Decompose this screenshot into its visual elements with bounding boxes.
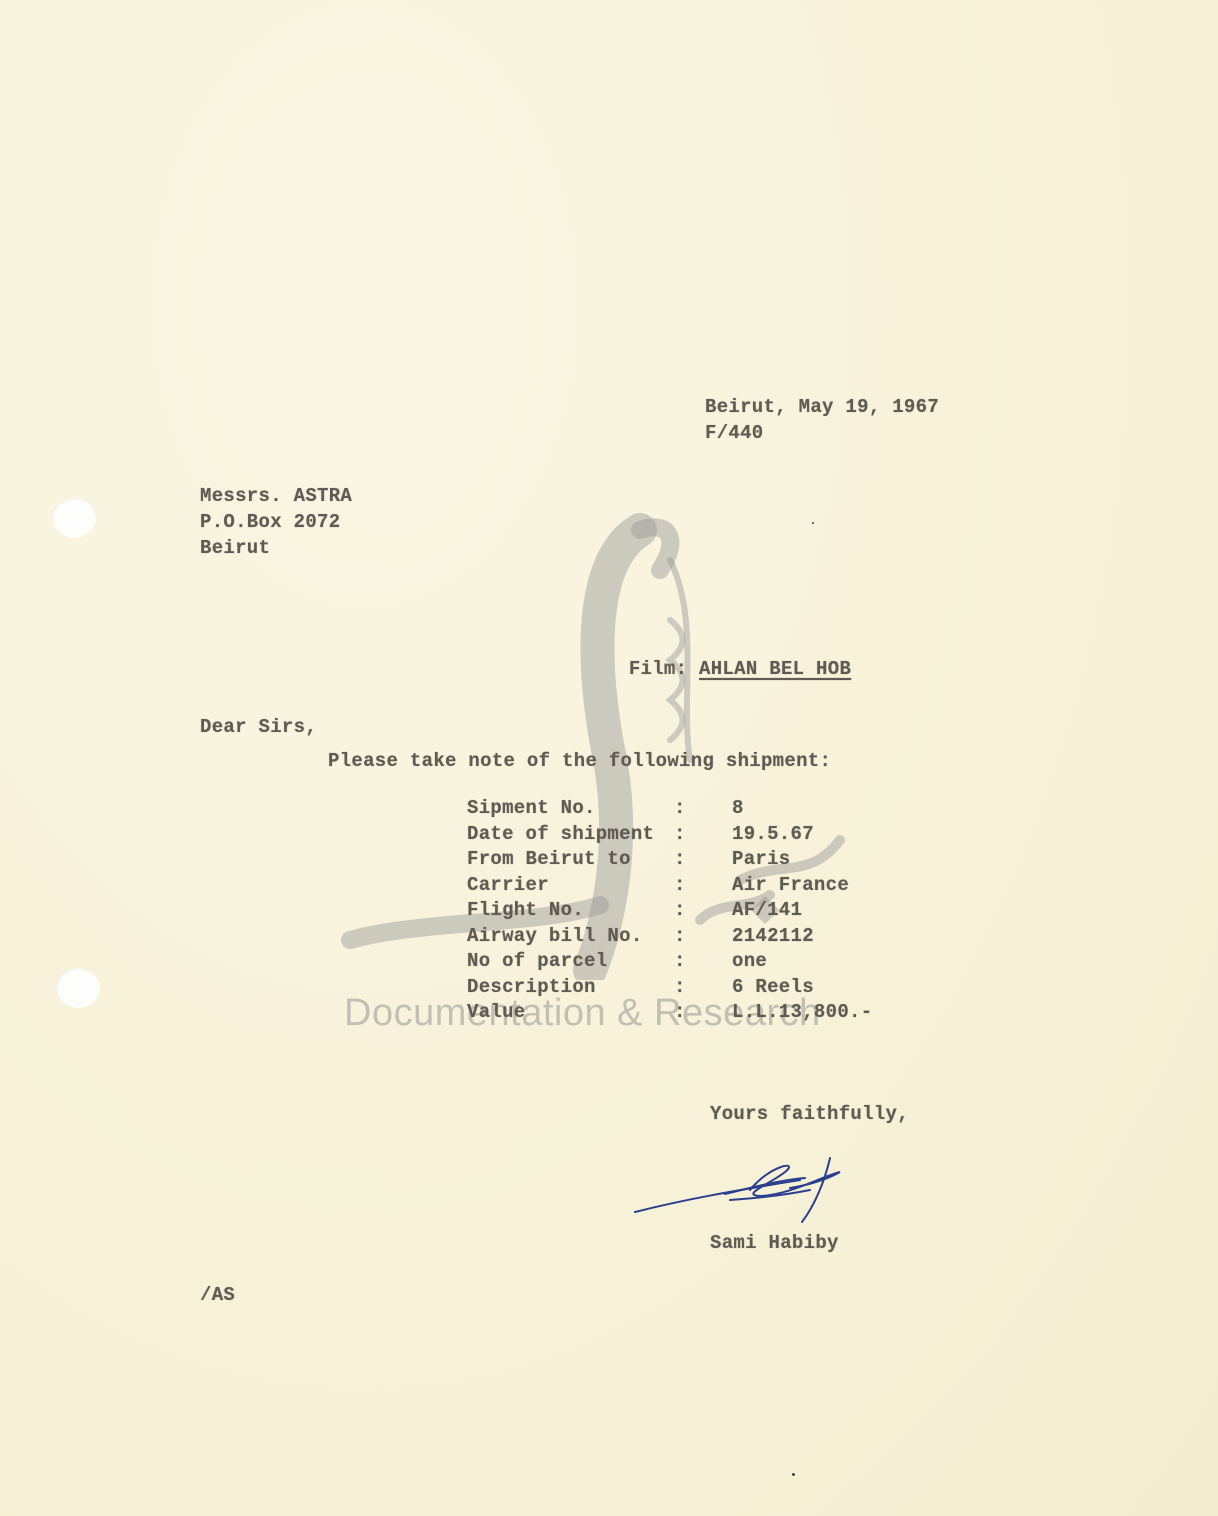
signature-icon <box>630 1150 860 1230</box>
shipment-separator: : <box>674 848 686 870</box>
shipment-separator: : <box>674 976 686 998</box>
punch-hole-bottom <box>56 968 100 1008</box>
shipment-separator: : <box>674 874 686 896</box>
shipment-value: Paris <box>732 848 791 870</box>
signatory-name: Sami Habiby <box>710 1232 839 1254</box>
typist-initials: /AS <box>200 1284 235 1306</box>
punch-hole-top <box>52 498 96 538</box>
shipment-value: one <box>732 950 767 972</box>
paper-speck <box>812 522 814 524</box>
shipment-separator: : <box>674 797 686 819</box>
shipment-label: Date of shipment <box>467 823 654 845</box>
paper-speck <box>792 1473 795 1476</box>
shipment-value: 19.5.67 <box>732 823 814 845</box>
recipient-name: Messrs. ASTRA <box>200 485 352 507</box>
shipment-separator: : <box>674 1001 686 1023</box>
closing: Yours faithfully, <box>710 1103 909 1125</box>
recipient-pobox: P.O.Box 2072 <box>200 511 340 533</box>
shipment-value: 8 <box>732 797 744 819</box>
shipment-value: Air France <box>732 874 849 896</box>
shipment-separator: : <box>674 950 686 972</box>
shipment-label: Carrier <box>467 874 549 896</box>
shipment-separator: : <box>674 925 686 947</box>
shipment-label: Flight No. <box>467 899 584 921</box>
shipment-value: AF/141 <box>732 899 802 921</box>
intro-text: Please take note of the following shipme… <box>328 750 831 772</box>
shipment-value: 6 Reels <box>732 976 814 998</box>
shipment-separator: : <box>674 823 686 845</box>
shipment-value: 2142112 <box>732 925 814 947</box>
shipment-value: L.L.13,800.- <box>732 1001 872 1023</box>
salutation: Dear Sirs, <box>200 716 317 738</box>
reference-number: F/440 <box>705 422 764 444</box>
shipment-label: Sipment No. <box>467 797 596 819</box>
shipment-label: From Beirut to <box>467 848 631 870</box>
shipment-label: Value <box>467 1001 526 1023</box>
subject-line: Film: AHLAN BEL HOB <box>582 636 851 702</box>
shipment-separator: : <box>674 899 686 921</box>
subject-label: Film: <box>629 658 688 680</box>
place-date: Beirut, May 19, 1967 <box>705 396 939 418</box>
recipient-city: Beirut <box>200 537 270 559</box>
shipment-label: Airway bill No. <box>467 925 643 947</box>
film-title: AHLAN BEL HOB <box>699 658 851 680</box>
shipment-label: No of parcel <box>467 950 607 972</box>
shipment-label: Description <box>467 976 596 998</box>
